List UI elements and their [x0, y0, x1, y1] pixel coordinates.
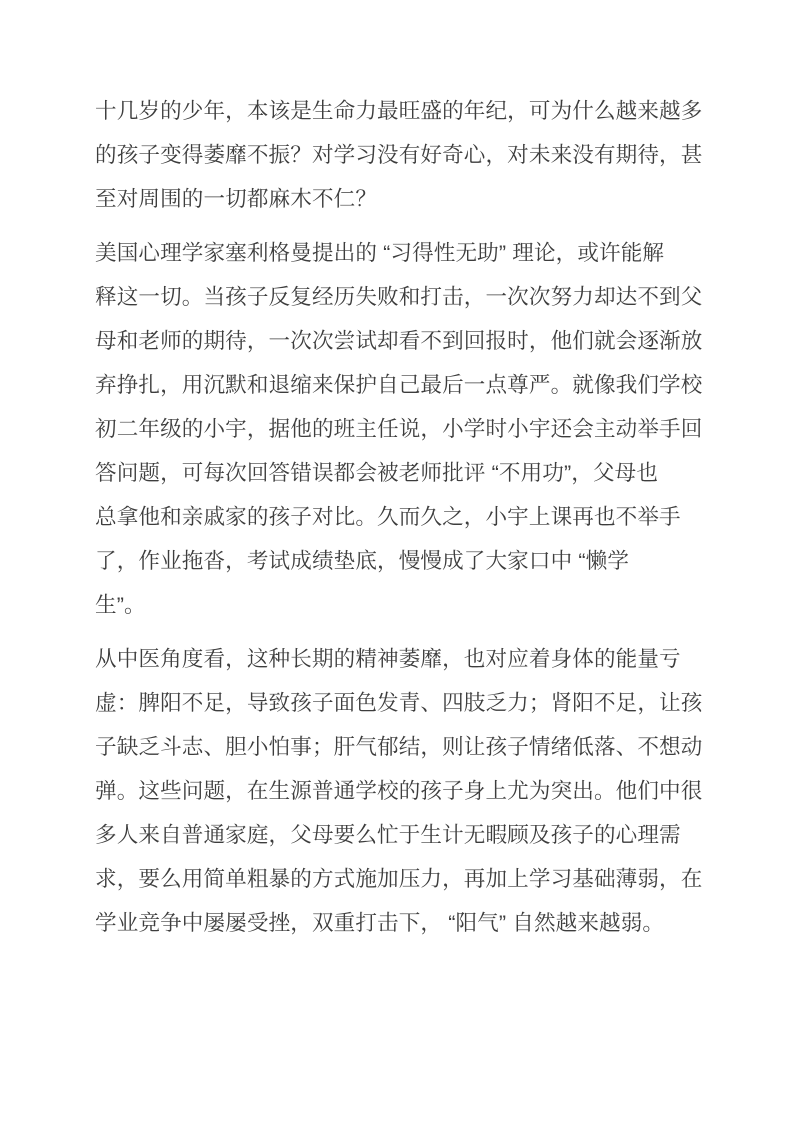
text-line: 弹。这些问题，在生源普通学校的孩子身上尤为突出。他们中很 — [95, 769, 703, 813]
text-line: 学业竞争中屡屡受挫，双重打击下， “阳气” 自然越来越弱。 — [95, 901, 703, 945]
text-line: 从中医角度看，这种长期的精神萎靡，也对应着身体的能量亏 — [95, 637, 703, 681]
text-line: 的孩子变得萎靡不振？对学习没有好奇心，对未来没有期待，甚 — [95, 133, 703, 177]
text-line: 弃挣扎，用沉默和退缩来保护自己最后一点尊严。就像我们学校 — [95, 363, 703, 407]
document-body: 十几岁的少年，本该是生命力最旺盛的年纪，可为什么越来越多 的孩子变得萎靡不振？对… — [95, 89, 703, 945]
text-line: 了，作业拖沓，考试成绩垫底，慢慢成了大家口中 “懒学 — [95, 539, 703, 583]
text-line: 多人来自普通家庭，父母要么忙于生计无暇顾及孩子的心理需 — [95, 813, 703, 857]
text-line: 答问题，可每次回答错误都会被老师批评 “不用功”，父母也 — [95, 451, 703, 495]
text-line: 至对周围的一切都麻木不仁？ — [95, 177, 703, 221]
text-line: 虚：脾阳不足，导致孩子面色发青、四肢乏力；肾阳不足，让孩 — [95, 681, 703, 725]
paragraph-2: 美国心理学家塞利格曼提出的 “习得性无助” 理论，或许能解 释这一切。当孩子反复… — [95, 231, 703, 627]
paragraph-3: 从中医角度看，这种长期的精神萎靡，也对应着身体的能量亏 虚：脾阳不足，导致孩子面… — [95, 637, 703, 945]
text-line: 生”。 — [95, 583, 703, 627]
text-line: 美国心理学家塞利格曼提出的 “习得性无助” 理论，或许能解 — [95, 231, 703, 275]
text-line: 初二年级的小宇，据他的班主任说，小学时小宇还会主动举手回 — [95, 407, 703, 451]
text-line: 子缺乏斗志、胆小怕事；肝气郁结，则让孩子情绪低落、不想动 — [95, 725, 703, 769]
text-line: 十几岁的少年，本该是生命力最旺盛的年纪，可为什么越来越多 — [95, 89, 703, 133]
text-line: 总拿他和亲戚家的孩子对比。久而久之，小宇上课再也不举手 — [95, 495, 703, 539]
text-line: 释这一切。当孩子反复经历失败和打击，一次次努力却达不到父 — [95, 275, 703, 319]
document-page: 十几岁的少年，本该是生命力最旺盛的年纪，可为什么越来越多 的孩子变得萎靡不振？对… — [0, 0, 793, 1122]
text-line: 母和老师的期待，一次次尝试却看不到回报时，他们就会逐渐放 — [95, 319, 703, 363]
text-line: 求，要么用简单粗暴的方式施加压力，再加上学习基础薄弱，在 — [95, 857, 703, 901]
paragraph-1: 十几岁的少年，本该是生命力最旺盛的年纪，可为什么越来越多 的孩子变得萎靡不振？对… — [95, 89, 703, 221]
